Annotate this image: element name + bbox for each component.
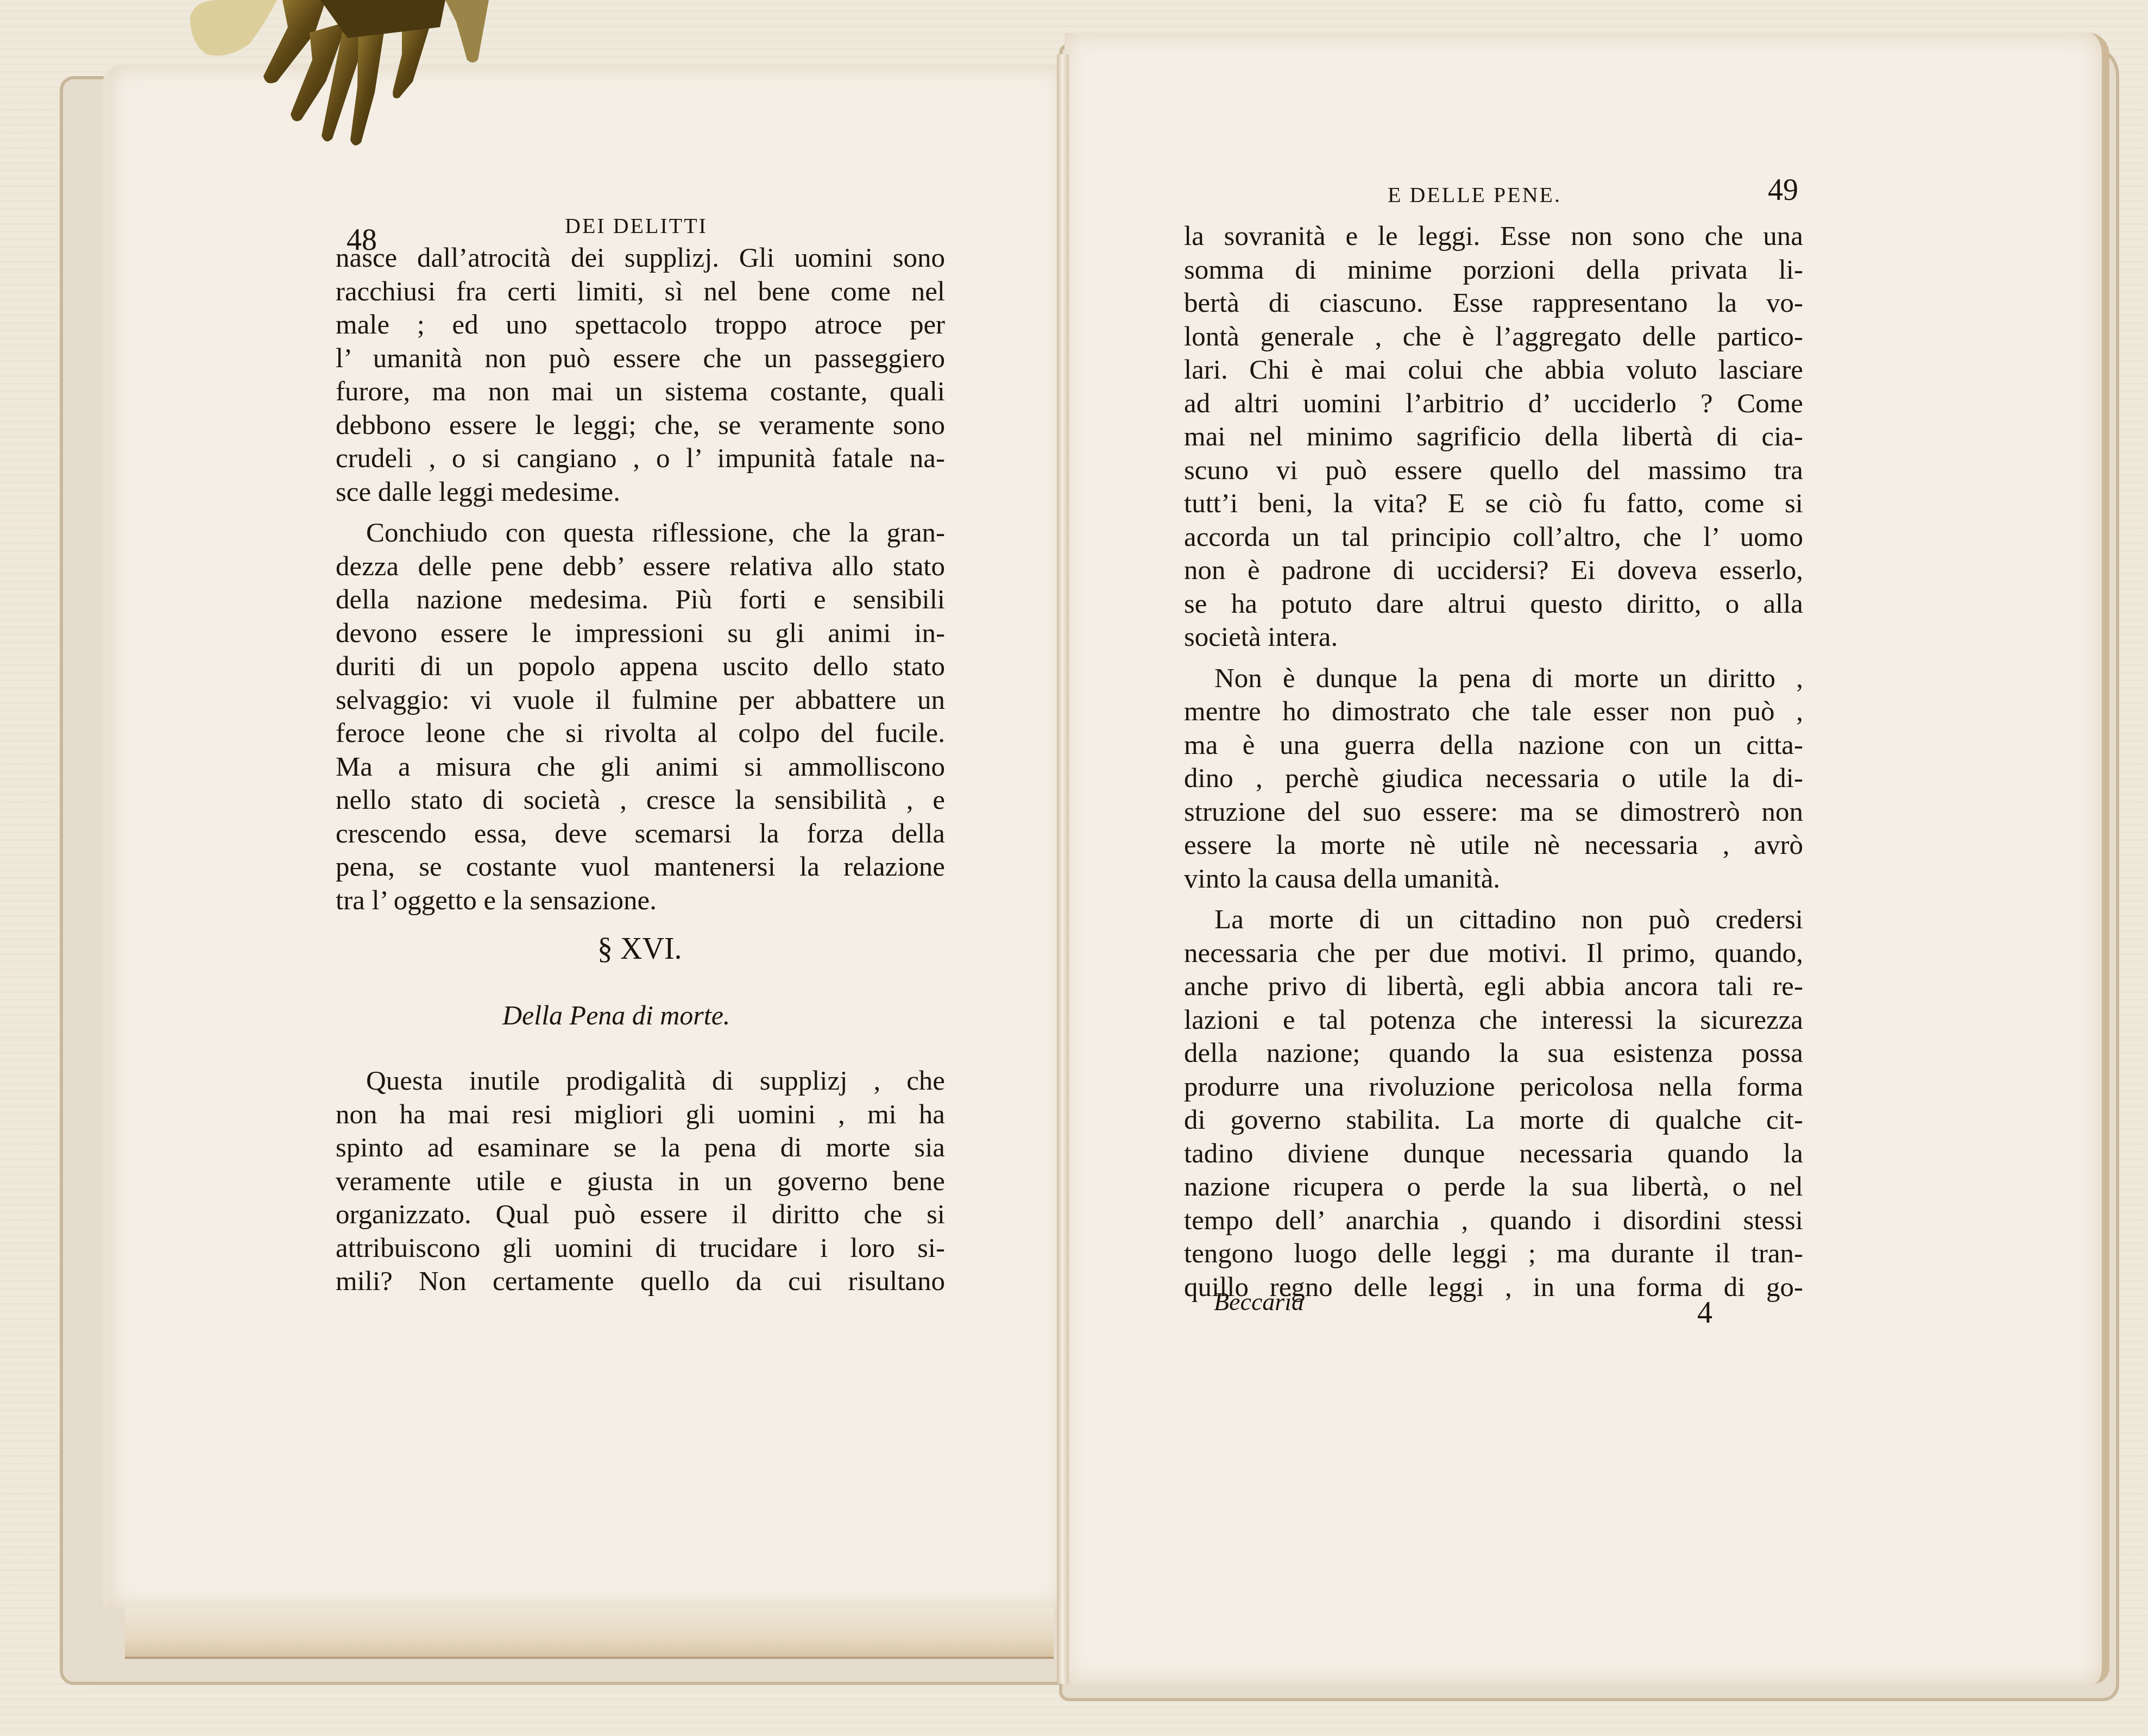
text-line: attribuiscono gli uomini di trucidare i … [336,1232,945,1266]
signature-mark: Beccaria [1214,1287,1304,1316]
text-line: società intera. [1184,621,1803,655]
text-line: scuno vi può essere quello del massimo t… [1184,454,1803,488]
text-line: La morte di un cittadino non può creders… [1184,903,1803,937]
gathering-number: 4 [1697,1295,1712,1330]
text-line: lari. Chi è mai colui che abbia voluto l… [1184,354,1803,387]
text-line: selvaggio: vi vuole il fulmine per abbat… [336,684,945,718]
text-line: Questa inutile prodigalità di supplizj ,… [336,1065,945,1098]
text-line: male ; ed uno spettacolo troppo atroce p… [336,309,945,342]
text-line: Non è dunque la pena di morte un diritto… [1184,662,1803,696]
hand-clip-icon [185,0,521,163]
section-number: § XVI. [597,932,682,966]
text-line: bertà di ciascuno. Esse rappresentano la… [1184,287,1803,320]
text-line: somma di minime porzioni della privata l… [1184,254,1803,287]
text-line: essere la morte nè utile nè necessaria ,… [1184,829,1803,863]
left-body-text-top: nasce dall’atrocità dei supplizj. Gli uo… [336,242,945,917]
text-line: tempo dell’ anarchia , quando i disordin… [1184,1204,1803,1238]
text-line: mili? Non certamente quello da cui risul… [336,1265,945,1299]
text-line: organizzato. Qual può essere il diritto … [336,1198,945,1232]
text-line: Conchiudo con questa riflessione, che la… [336,517,945,550]
text-line: nello stato di società , cresce la sensi… [336,784,945,817]
text-line: anche privo di libertà, egli abbia ancor… [1184,970,1803,1004]
page-number: 49 [1768,173,1798,207]
text-line: accorda un tal principio coll’altro, che… [1184,521,1803,555]
text-line: produrre una rivoluzione pericolosa nell… [1184,1071,1803,1104]
text-line: furore, ma non mai un sistema costante, … [336,375,945,409]
text-line: pena, se costante vuol mantenersi la rel… [336,851,945,884]
text-line: duriti di un popolo appena uscito dello … [336,650,945,684]
text-line: nazione ricupera o perde la sua libertà,… [1184,1171,1803,1204]
text-line: crescendo essa, deve scemarsi la forza d… [336,817,945,851]
text-line: la sovranità e le leggi. Esse non sono c… [1184,220,1803,254]
left-page-stack-edge [125,1608,1054,1659]
text-line: necessaria che per due motivi. Il primo,… [1184,937,1803,971]
text-line: l’ umanità non può essere che un passegg… [336,342,945,376]
text-line: mai nel minimo sagrificio della libertà … [1184,420,1803,454]
section-title: Della Pena di morte. [502,999,730,1031]
text-line: tengono luogo delle leggi ; ma durante i… [1184,1237,1803,1271]
text-line: ad altri uomini l’arbitrio d’ ucciderlo … [1184,387,1803,421]
text-line: devono essere le impressioni su gli anim… [336,617,945,651]
text-line: mentre ho dimostrato che tale esser non … [1184,695,1803,729]
text-line: Ma a misura che gli animi si ammolliscon… [336,751,945,784]
text-line: tra l’ oggetto e la sensazione. [336,884,945,918]
text-line: di governo stabilita. La morte di qualch… [1184,1104,1803,1137]
text-line: nasce dall’atrocità dei supplizj. Gli uo… [336,242,945,275]
left-body-text-bottom: Questa inutile prodigalità di supplizj ,… [336,1065,945,1299]
running-head: E DELLE PENE. [1388,182,1561,207]
text-line: della nazione medesima. Più forti e sens… [336,583,945,617]
text-line: lazioni e tal potenza che interessi la s… [1184,1004,1803,1037]
text-line: spinto ad esaminare se la pena di morte … [336,1131,945,1165]
text-line: della nazione; quando la sua esistenza p… [1184,1037,1803,1071]
text-line: tadino diviene dunque necessaria quando … [1184,1137,1803,1171]
text-line: struzione del suo essere: ma se dimostre… [1184,796,1803,829]
text-line: vinto la causa della umanità. [1184,863,1803,896]
text-line: racchiusi fra certi limiti, sì nel bene … [336,275,945,309]
text-line: veramente utile e giusta in un governo b… [336,1165,945,1199]
right-body-text: la sovranità e le leggi. Esse non sono c… [1184,220,1803,1304]
text-line: se ha potuto dare altrui questo diritto,… [1184,588,1803,621]
text-line: feroce leone che si rivolta al colpo del… [336,717,945,751]
text-line: tutt’i beni, la vita? E se ciò fu fatto,… [1184,487,1803,521]
text-line: dezza delle pene debb’ essere relativa a… [336,550,945,584]
text-line: non è padrone di uccidersi? Ei doveva es… [1184,554,1803,588]
text-line: non ha mai resi migliori gli uomini , mi… [336,1098,945,1132]
book-gutter [1057,54,1069,1684]
text-line: debbono essere le leggi; che, se veramen… [336,409,945,443]
text-line: crudeli , o si cangiano , o l’ impunità … [336,442,945,476]
text-line: sce dalle leggi medesime. [336,476,945,510]
running-head: DEI DELITTI [565,213,708,238]
text-line: lontà generale , che è l’aggregato delle… [1184,320,1803,354]
text-line: dino , perchè giudica necessaria o utile… [1184,762,1803,796]
text-line: ma è una guerra della nazione con un cit… [1184,729,1803,763]
